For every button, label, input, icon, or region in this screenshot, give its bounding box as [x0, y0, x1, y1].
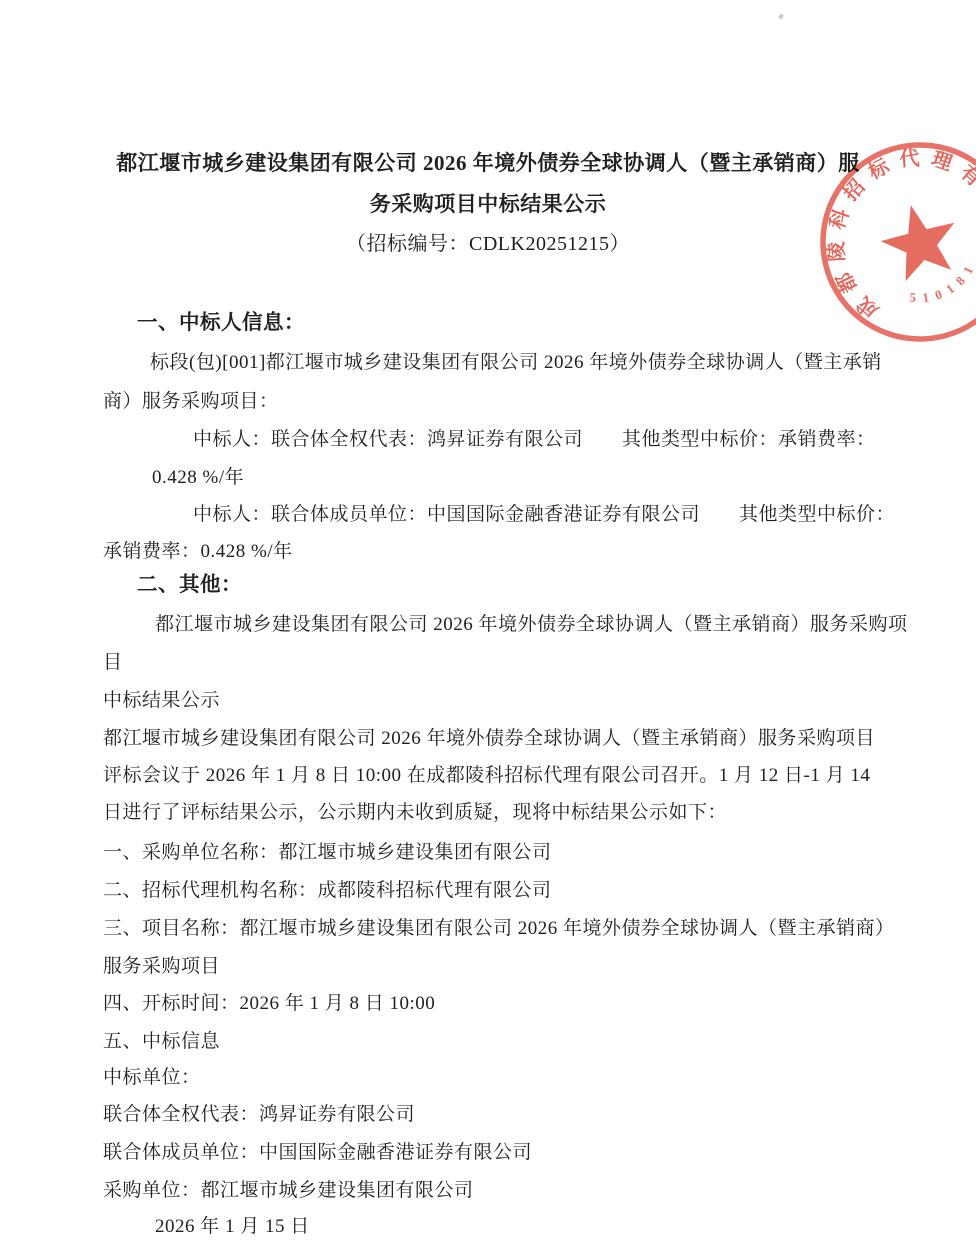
body-line-3: 日进行了评标结果公示，公示期内未收到质疑，现将中标结果公示如下：: [103, 801, 727, 825]
item1-purchaser: 一、采购单位名称：都江堰市城乡建设集团有限公司: [103, 841, 552, 865]
section2-heading: 二、其他：: [137, 573, 242, 599]
seal-star-icon: [874, 196, 965, 285]
section1-heading: 一、中标人信息：: [137, 311, 305, 337]
item3-project-name-1: 三、项目名称：都江堰市城乡建设集团有限公司 2026 年境外债券全球协调人（暨主…: [103, 917, 895, 941]
item2-agency: 二、招标代理机构名称：成都陵科招标代理有限公司: [103, 879, 552, 903]
purchaser-line: 采购单位：都江堰市城乡建设集团有限公司: [103, 1179, 474, 1203]
item3-project-name-2: 服务采购项目: [103, 955, 220, 979]
item4-open-time: 四、开标时间：2026 年 1 月 8 日 10:00: [103, 992, 435, 1016]
lot-line-2: 商）服务采购项目：: [103, 390, 279, 414]
winner1-line: 中标人：联合体全权代表：鸿昇证券有限公司 其他类型中标价：承销费率：: [193, 428, 876, 452]
official-seal: 成都陵科招标代理有限公司 510181: [808, 130, 976, 360]
body-line-1: 都江堰市城乡建设集团有限公司 2026 年境外债券全球协调人（暨主承销商）服务采…: [103, 727, 875, 751]
seal-group: 成都陵科招标代理有限公司 510181: [808, 130, 976, 360]
seal-company-text: 成都陵科招标代理有限公司: [808, 130, 976, 329]
lot-line-1: 标段(包)[001]都江堰市城乡建设集团有限公司 2026 年境外债券全球协调人…: [150, 351, 882, 375]
winner2-line: 中标人：联合体成员单位：中国国际金融香港证券有限公司 其他类型中标价：: [193, 503, 895, 527]
consortium-lead: 联合体全权代表：鸿昇证券有限公司: [103, 1103, 415, 1127]
other-subtitle: 中标结果公示: [103, 689, 220, 713]
item5-award-info: 五、中标信息: [103, 1030, 220, 1054]
other-project-line-2: 目: [103, 651, 123, 675]
other-project-line-1: 都江堰市城乡建设集团有限公司 2026 年境外债券全球协调人（暨主承销商）服务采…: [155, 613, 908, 637]
winner1-rate: 0.428 %/年: [152, 466, 244, 490]
document-page: 都江堰市城乡建设集团有限公司 2026 年境外债券全球协调人（暨主承销商）服务采…: [0, 0, 976, 1252]
svg-text:成都陵科招标代理有限公司: 成都陵科招标代理有限公司: [808, 130, 976, 329]
scan-artifact: [778, 13, 784, 19]
winner2-rate: 承销费率：0.428 %/年: [103, 540, 293, 564]
body-line-2: 评标会议于 2026 年 1 月 8 日 10:00 在成都陵科招标代理有限公司…: [103, 764, 870, 788]
consortium-member: 联合体成员单位：中国国际金融香港证券有限公司: [103, 1141, 532, 1165]
date-line: 2026 年 1 月 15 日: [155, 1215, 310, 1239]
award-unit-label: 中标单位：: [103, 1066, 201, 1090]
